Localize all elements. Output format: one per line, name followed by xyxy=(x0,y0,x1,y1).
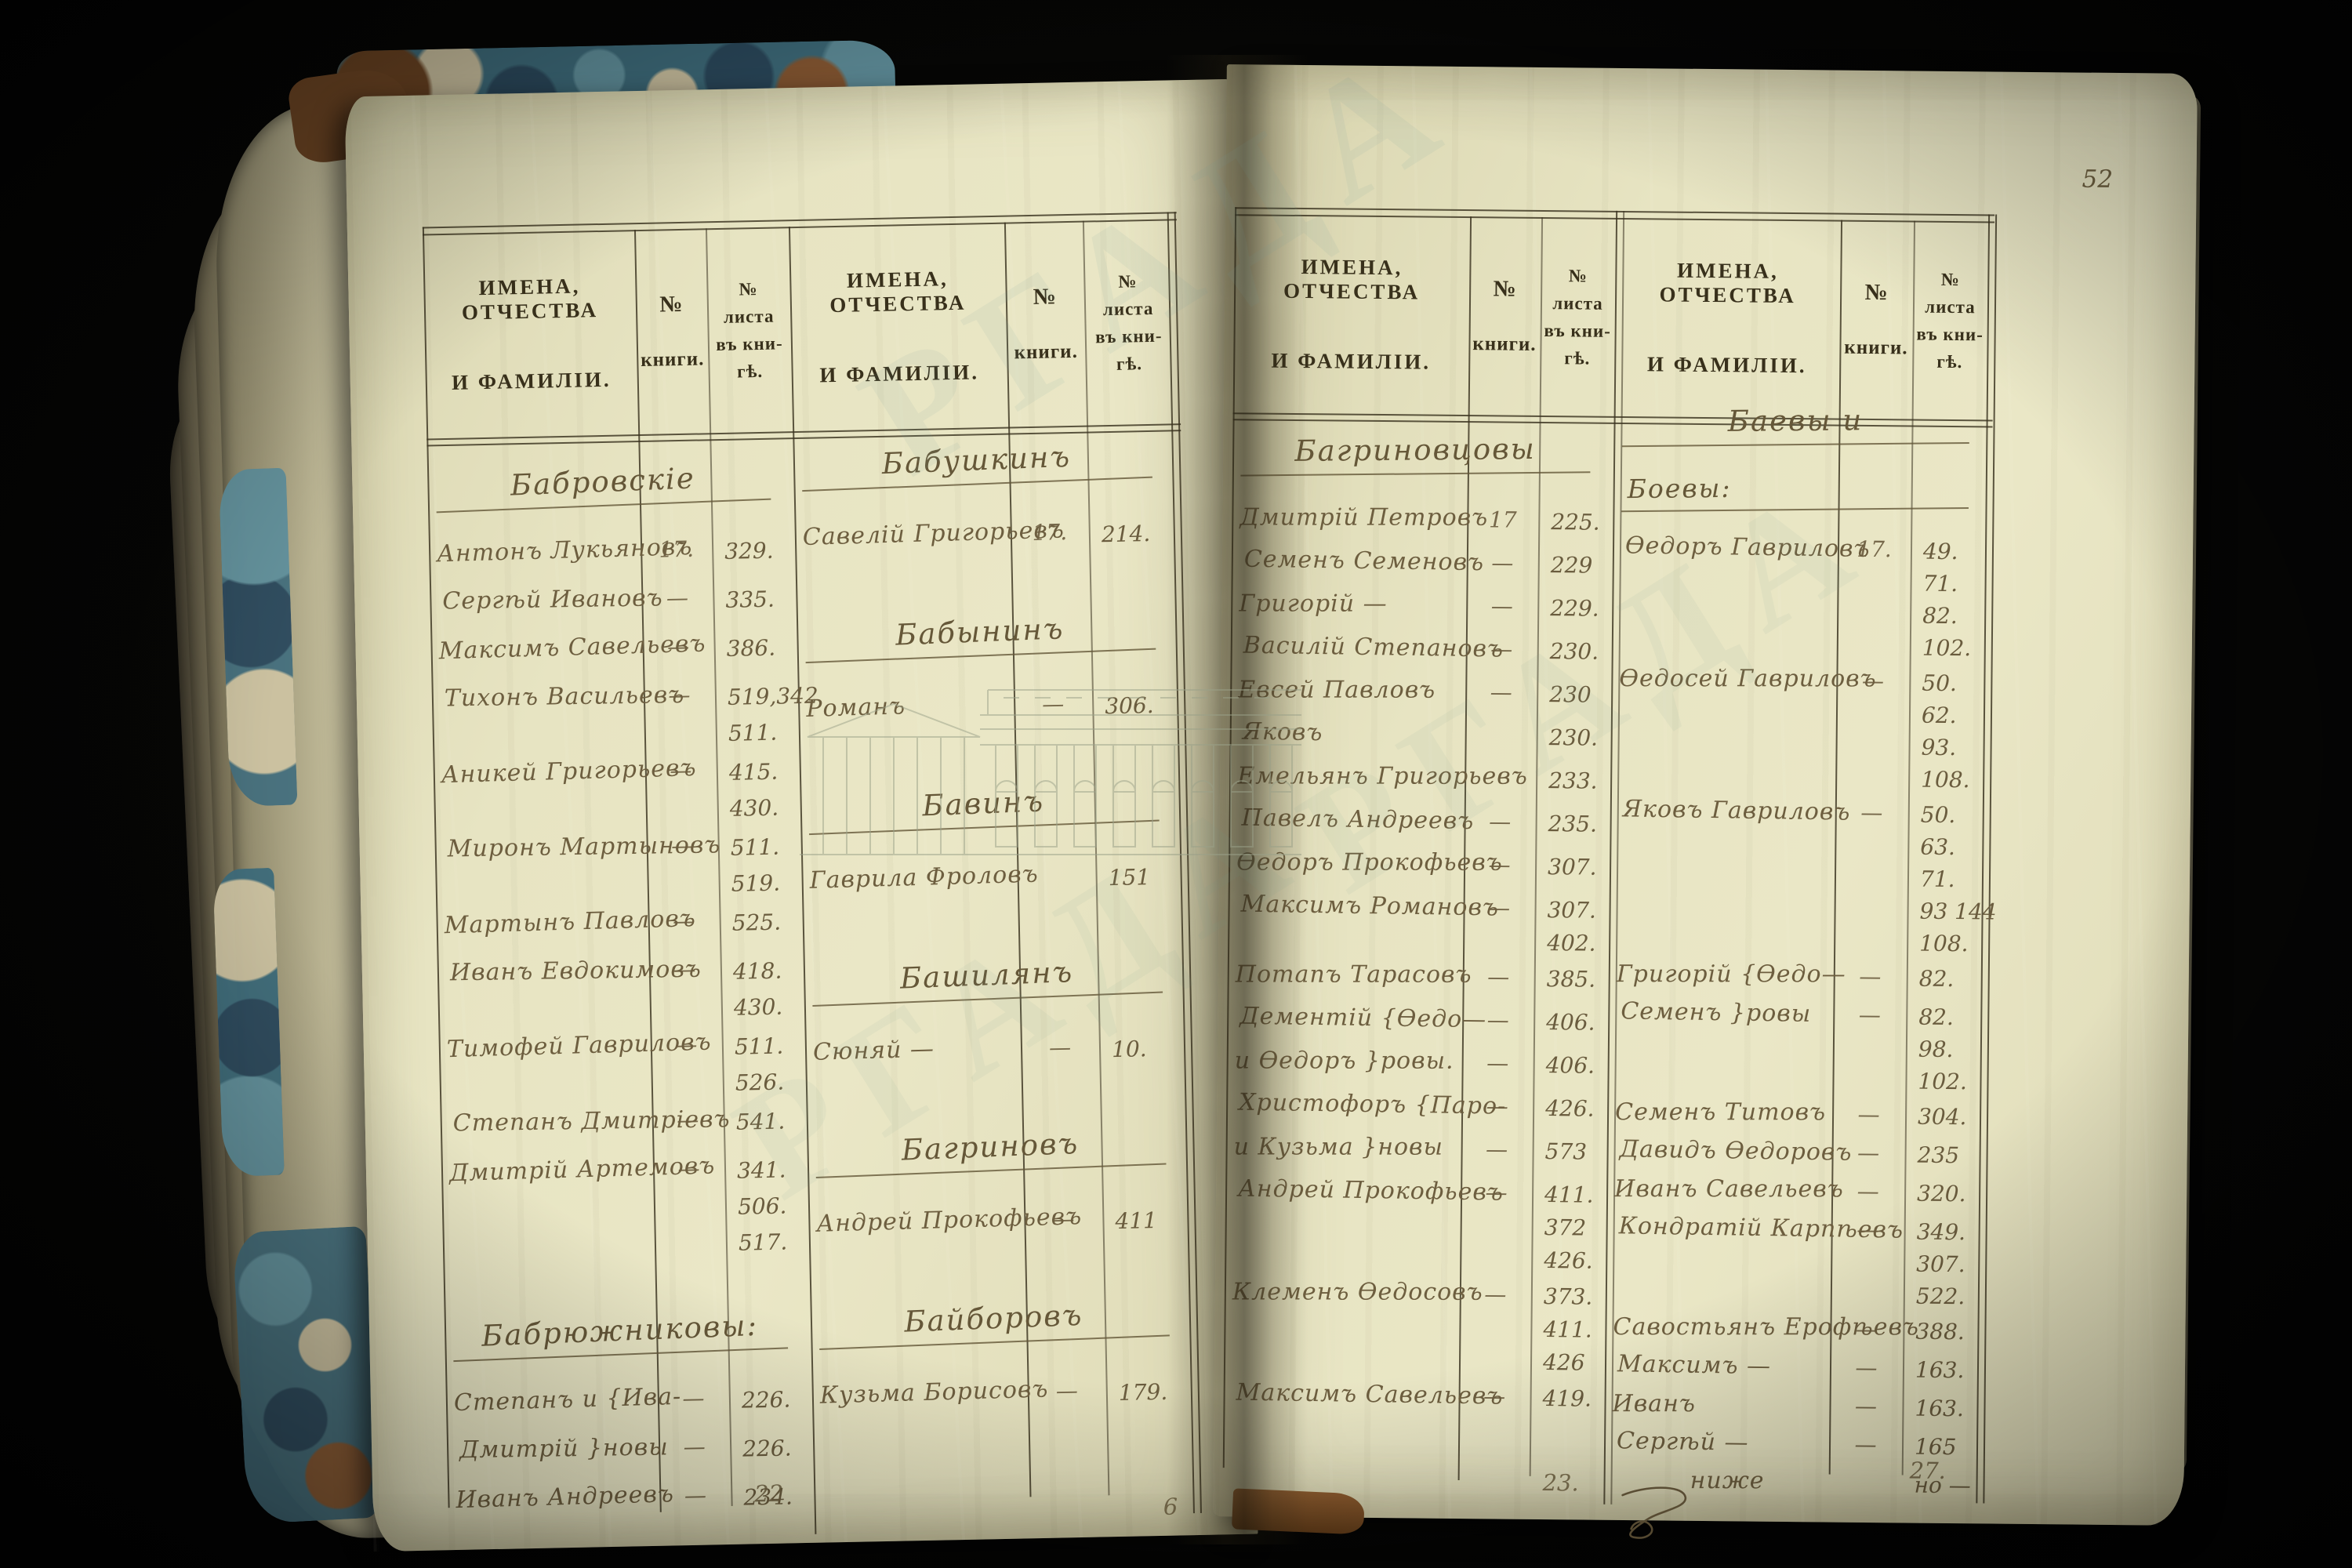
sheet-number: 225. xyxy=(1551,506,1613,539)
sheet-number: 233. xyxy=(1548,764,1610,798)
entry-book-number: — xyxy=(1829,1427,1902,1458)
entry-book-number: — xyxy=(1014,686,1093,718)
header-sheet-no: № листа въ кни- гѣ. xyxy=(1540,217,1616,416)
sheet-number: 519,342 xyxy=(728,678,799,716)
entry-book-number: — xyxy=(1833,997,1906,1029)
sheet-number: 93. xyxy=(1921,731,1989,764)
entry-name: Тихонъ Васильевъ xyxy=(437,679,649,713)
entry-sheet-numbers: 214. xyxy=(1088,512,1177,553)
sheet-number: 329. xyxy=(724,532,796,570)
entry-sheet-numbers: 233. xyxy=(1536,761,1610,798)
header-names-line2: И ФАМИЛІИ. xyxy=(819,360,979,387)
folio-mark: 6 xyxy=(1163,1494,1178,1520)
entry-row: Яковъ230. xyxy=(1229,715,1611,762)
header-names: ИМЕНА, ОТЧЕСТВА И ФАМИЛІИ. xyxy=(1614,218,1841,419)
sheet-number: 226. xyxy=(742,1430,814,1468)
entry-sheet-numbers: 519,342511. xyxy=(714,675,799,752)
section-heading: Башилянъ xyxy=(811,952,1163,1007)
entry-sheet-numbers: 307. xyxy=(1535,848,1610,884)
header-book-no: № книги. xyxy=(1004,221,1087,427)
header-names: ИМЕНА, ОТЧЕСТВА И ФАМИЛІИ. xyxy=(1233,214,1470,415)
sheet-number: 402. xyxy=(1547,927,1609,960)
sheet-number: 235 xyxy=(1917,1139,1985,1172)
surname-section: БагриновъАндрей Прокофьевъ—411 xyxy=(807,1126,1191,1255)
entry-sheet-numbers: 511.526. xyxy=(721,1025,806,1102)
header-sheet-label: листа xyxy=(1925,294,1976,319)
folio-mark: 23. xyxy=(1542,1469,1578,1496)
sheet-number: 93 144 xyxy=(1919,895,1987,928)
entry-book-number: — xyxy=(1465,674,1537,706)
entry-row: Степанъ и {Ива-—226. xyxy=(446,1378,813,1434)
header-names-line1: ИМЕНА, ОТЧЕСТВА xyxy=(789,266,1006,319)
sheet-number: 229. xyxy=(1550,592,1612,626)
entry-name: Клеменъ Ѳедосовъ xyxy=(1225,1275,1460,1305)
entry-sheet-numbers: 226. xyxy=(730,1427,814,1468)
entry-row: Дмитрій Петровъ17225. xyxy=(1232,499,1613,546)
sheet-number: 385. xyxy=(1547,963,1609,996)
sheet-number: 418. xyxy=(733,953,804,990)
header-book-label: книги. xyxy=(1472,333,1536,356)
entry-name: и Кузьма }новы xyxy=(1226,1130,1461,1160)
header-book-no: № книги. xyxy=(1839,220,1914,419)
entry-name: Мартынъ Павловъ xyxy=(436,903,648,940)
entry-name: Иванъ xyxy=(1605,1387,1830,1417)
entry-row: Сюняй ——10. xyxy=(805,1027,1188,1083)
index-column: БагриновцовыДмитрій Петровъ17225.Семенъ … xyxy=(1223,426,1613,1423)
entry-name: Ѳедоръ Прокофьевъ xyxy=(1229,845,1464,876)
sheet-number: 226. xyxy=(742,1381,813,1419)
entry-name: Кузьма Борисовъ xyxy=(811,1373,1028,1410)
entry-row: Дмитрій }новы—226. xyxy=(447,1427,814,1483)
header-book-label: книги. xyxy=(641,348,705,372)
entry-row: Потапъ Тарасовъ—385. xyxy=(1227,956,1609,1004)
header-sheet-label: гѣ. xyxy=(1116,351,1143,376)
index-column: БабровскіеАнтонъ Лукьяновъ17.329.Сергѣй … xyxy=(427,456,815,1531)
entry-row: Максимъ Савельевъ—419. xyxy=(1223,1376,1605,1423)
header-sheet-label: листа xyxy=(724,303,775,328)
entry-row: Григорій ——229. xyxy=(1231,586,1613,633)
entry-row: Павелъ Андреевъ—235. xyxy=(1229,801,1610,848)
entry-name: Максимъ Савельевъ xyxy=(1228,1375,1464,1409)
sheet-number: 63. xyxy=(1920,831,1988,864)
entry-name: Гаврила Фроловъ xyxy=(801,858,1018,895)
entry-name: Дмитрій }новы xyxy=(452,1430,664,1464)
entry-sheet-numbers: 50.63.71.93 144108. xyxy=(1907,795,1989,960)
section-heading: Байборовъ xyxy=(818,1294,1170,1350)
entry-sheet-numbers: 419. xyxy=(1530,1379,1604,1416)
entry-sheet-numbers: 541. xyxy=(723,1100,807,1141)
entry-row: Ѳедоръ Прокофьевъ—307. xyxy=(1229,844,1610,891)
entry-name: Андрей Прокофьевъ xyxy=(808,1201,1025,1238)
entry-row: Семенъ Титовъ—304. xyxy=(1607,1094,1986,1137)
entry-book-number: — xyxy=(1830,1350,1903,1381)
entry-row: Дмитрій Артемовъ—341.506.517. xyxy=(441,1149,810,1267)
entry-name: Максимъ Савельевъ xyxy=(430,629,643,666)
right-page: ИМЕНА, ОТЧЕСТВА И ФАМИЛІИ. № книги. № ли… xyxy=(1213,64,2198,1526)
sheet-number: 341. xyxy=(737,1152,808,1189)
header-names-line2: И ФАМИЛІИ. xyxy=(1647,352,1807,378)
sheet-number: 82. xyxy=(1922,600,1991,633)
entry-sheet-numbers: 229. xyxy=(1537,589,1612,626)
flourish-spiral xyxy=(1618,1484,1693,1539)
entry-sheet-numbers: 163. xyxy=(1902,1388,1983,1425)
surname-section: БайборовъКузьма Борисовъ—179. xyxy=(811,1298,1195,1427)
sheet-number: 102. xyxy=(1922,632,1991,665)
section-heading: Бабрюжниковы: xyxy=(452,1307,788,1362)
sheet-number: 335. xyxy=(725,581,797,619)
section-heading: Багриновцовы xyxy=(1240,431,1590,476)
entry-name: Кондратій Карпѣевъ xyxy=(1610,1209,1836,1243)
index-column: БабушкинъСавелій Григорьевъ17.214.Бабыни… xyxy=(793,434,1194,1427)
marbled-cover-edge xyxy=(212,868,285,1177)
entry-row: Андрей Прокофьевъ—411 xyxy=(808,1199,1191,1255)
entry-sheet-numbers: 50.62.93.108. xyxy=(1908,663,1991,796)
entry-sheet-numbers: 411.372426. xyxy=(1531,1175,1606,1278)
sheet-number: 419. xyxy=(1542,1382,1604,1416)
entry-sheet-numbers: 230. xyxy=(1537,632,1612,669)
entry-sheet-numbers: 335. xyxy=(713,578,797,619)
header-sheet-label: въ кни- xyxy=(1095,323,1163,349)
entry-row: Савелій Григорьевъ17.214. xyxy=(794,512,1177,568)
entry-sheet-numbers: 49.71.82.102. xyxy=(1910,532,1992,665)
header-book-no: № книги. xyxy=(1468,216,1541,416)
entry-book-number: — xyxy=(1829,1388,1902,1420)
sheet-number: 179. xyxy=(1118,1374,1194,1411)
sheet-number: 426 xyxy=(1543,1346,1605,1380)
sheet-number: 411 xyxy=(1115,1202,1191,1240)
entry-name: Максимъ Романовъ xyxy=(1232,887,1468,920)
sheet-number: 82. xyxy=(1919,963,1987,996)
entry-name: Максимъ — xyxy=(1610,1347,1835,1381)
numero-sign: № xyxy=(1493,276,1516,302)
entry-sheet-numbers: 151 xyxy=(1095,855,1184,896)
sheet-number: 102. xyxy=(1918,1065,1986,1098)
entry-name: Иванъ Савельевъ xyxy=(1606,1172,1831,1203)
sheet-number: 163. xyxy=(1915,1392,1983,1425)
entry-sheet-numbers: 307.402. xyxy=(1534,891,1610,960)
sheet-number: 426. xyxy=(1545,1092,1607,1126)
index-column: Баевы иБоевы:Ѳедоръ Гавриловъ17.49.71.82… xyxy=(1603,397,1992,1505)
entry-sheet-numbers: 306. xyxy=(1092,684,1181,724)
header-book-label: книги. xyxy=(1844,337,1907,360)
entry-name: Ѳедоръ Гавриловъ xyxy=(1617,528,1843,562)
entry-name: Дмитрій Артемовъ xyxy=(441,1151,653,1188)
sheet-number: 430. xyxy=(733,989,804,1026)
sheet-number: 230. xyxy=(1548,721,1610,755)
entry-row: Кузьма Борисовъ—179. xyxy=(811,1370,1194,1427)
section-heading: Багриновъ xyxy=(815,1123,1167,1178)
surname-section: БагриновцовыДмитрій Петровъ17225.Семенъ … xyxy=(1223,431,1613,1423)
header-sheet-label: въ кни- xyxy=(716,331,783,357)
entry-sheet-numbers: 10. xyxy=(1099,1027,1188,1068)
numero-sign: № xyxy=(1033,284,1057,310)
entry-name: Григорій — xyxy=(1231,586,1466,617)
sheet-number: 372 xyxy=(1544,1211,1606,1245)
entry-sheet-numbers: 229 xyxy=(1538,546,1613,583)
section-heading: Бабынинъ xyxy=(804,608,1156,664)
header-book-label: книги. xyxy=(1014,341,1078,365)
entry-row: Гаврила Фроловъ151 xyxy=(801,855,1184,912)
sheet-number: 163. xyxy=(1915,1354,1984,1387)
entry-name: Павелъ Андреевъ xyxy=(1233,800,1469,834)
entry-row: Давидъ Ѳедоровъ—235 xyxy=(1606,1133,1985,1175)
entry-sheet-numbers: 415.430. xyxy=(716,750,800,827)
entry-name: Дмитрій Петровъ xyxy=(1232,500,1467,531)
sheet-number: 50. xyxy=(1921,799,1989,832)
sheet-number: 430. xyxy=(729,789,800,827)
entry-row: и Кузьма }новы—573 xyxy=(1225,1129,1607,1176)
sheet-number: 426. xyxy=(1544,1244,1606,1278)
sheet-number: 386. xyxy=(726,630,797,667)
header-names: ИМЕНА, ОТЧЕСТВА И ФАМИЛІИ. xyxy=(423,230,638,438)
entry-sheet-numbers: 163. xyxy=(1903,1350,1984,1386)
entry-book-number: — xyxy=(1462,1045,1534,1076)
left-page: ИМЕНА, ОТЧЕСТВА И ФАМИЛІИ. № книги. № ли… xyxy=(344,79,1258,1552)
header-names-line2: И ФАМИЛІИ. xyxy=(1271,349,1431,375)
header-sheet-label: гѣ. xyxy=(737,358,764,383)
entry-sheet-numbers: 418.430. xyxy=(720,949,804,1026)
entry-book-number xyxy=(1465,717,1537,723)
sheet-number: 230 xyxy=(1549,678,1611,712)
entry-name: Яковъ xyxy=(1234,714,1470,748)
header-names: ИМЕНА, ОТЧЕСТВА И ФАМИЛІИ. xyxy=(789,223,1008,431)
entry-sheet-numbers: 573 xyxy=(1532,1132,1606,1169)
entry-row: Савостьянъ Ерофѣевъ—388. xyxy=(1605,1309,1984,1352)
entry-row: Евсей Павловъ—230 xyxy=(1230,672,1612,719)
header-names-line2: И ФАМИЛІИ. xyxy=(452,368,612,395)
sheet-number: 229 xyxy=(1551,549,1613,583)
sheet-number: 151 xyxy=(1108,858,1184,896)
entry-row: Иванъ Савельевъ—320. xyxy=(1606,1171,1985,1214)
entry-row: Романъ—306. xyxy=(798,684,1181,740)
header-names-line1: ИМЕНА, ОТЧЕСТВА xyxy=(1234,254,1470,305)
entry-name: Иванъ Евдокимовъ xyxy=(442,953,655,987)
sheet-number: 525. xyxy=(731,904,803,942)
entry-sheet-numbers: 304. xyxy=(1905,1097,1986,1133)
sheet-number: 98. xyxy=(1918,1033,1987,1066)
entry-sheet-numbers: 235. xyxy=(1535,804,1610,841)
sheet-number: 71. xyxy=(1922,568,1991,601)
entry-row: Андрей Прокофьевъ—411.372426. xyxy=(1225,1172,1606,1278)
entry-name: Миронъ Мартыновъ xyxy=(439,829,652,863)
sheet-number: 511. xyxy=(730,829,801,866)
entry-row: и Ѳедоръ }ровы.—406. xyxy=(1226,1043,1608,1090)
section-heading: Бабровскіе xyxy=(435,459,771,514)
entry-row: Василій Степановъ—230. xyxy=(1230,629,1612,676)
entry-name: Савостьянъ Ерофѣевъ xyxy=(1605,1310,1830,1341)
surname-section: БабынинъРоманъ—306. xyxy=(797,611,1181,740)
entry-name: Сергѣй — xyxy=(1609,1424,1835,1457)
page-number: 52 xyxy=(2082,165,2113,194)
entry-name: Семенъ Титовъ xyxy=(1607,1095,1832,1126)
entry-row: Григорій {Ѳедо——82. xyxy=(1609,956,1987,999)
sheet-number: 82. xyxy=(1918,1001,1987,1034)
entry-sheet-numbers: 82. xyxy=(1907,959,1987,995)
header-names-line1: ИМЕНА, ОТЧЕСТВА xyxy=(1615,258,1841,309)
header-sheet-label: гѣ. xyxy=(1564,346,1590,370)
sheet-number: 307. xyxy=(1916,1248,1984,1281)
entry-name: Степанъ Дмитріевъ xyxy=(445,1104,657,1138)
sheet-number: 50. xyxy=(1922,667,1990,700)
folio-mark: 27. xyxy=(1910,1457,1946,1484)
entry-name: и Ѳедоръ }ровы. xyxy=(1227,1044,1462,1074)
entry-row: Семенъ }ровы—82.98.102. xyxy=(1607,995,1987,1098)
header-sheet-no: № листа въ кни- гѣ. xyxy=(1912,221,1988,420)
entry-sheet-numbers: 406. xyxy=(1534,1003,1608,1040)
sheet-number: 522. xyxy=(1916,1280,1984,1313)
sheet-number: 10. xyxy=(1112,1030,1188,1068)
entry-row: Максимъ ——163. xyxy=(1605,1348,1984,1390)
sheet-number: 511. xyxy=(728,714,799,752)
entry-row: Клеменъ Ѳедосовъ—373.411.426 xyxy=(1224,1274,1606,1380)
entry-sheet-numbers: 386. xyxy=(713,626,797,667)
numero-sign: № xyxy=(1941,267,1960,291)
entry-sheet-numbers: 511.519. xyxy=(717,826,802,902)
entry-row: Максимъ Романовъ—307.402. xyxy=(1228,887,1610,960)
entry-name: Василій Степановъ xyxy=(1236,628,1472,662)
sheet-number: 415. xyxy=(728,753,800,791)
header-sheet-label: въ кни- xyxy=(1544,318,1611,343)
marbled-cover-edge xyxy=(232,1226,380,1524)
entry-name: Дементій {Ѳедо— xyxy=(1232,999,1468,1033)
sheet-number: 306. xyxy=(1105,687,1181,724)
sheet-number: 411. xyxy=(1543,1313,1605,1347)
entry-row: Максимъ Савельевъ—386. xyxy=(430,626,797,682)
entry-sheet-numbers: 230. xyxy=(1536,718,1610,755)
sheet-number: 235. xyxy=(1548,808,1610,841)
entry-name: Потапъ Тарасовъ xyxy=(1228,957,1463,988)
header-sheet-label: въ кни- xyxy=(1916,321,1984,347)
entry-name: Христофоръ {Паро- xyxy=(1231,1085,1467,1119)
sheet-number: 349. xyxy=(1916,1216,1984,1249)
entry-book-number: — xyxy=(1021,1029,1100,1061)
photograph-of-archival-index-book: ИМЕНА, ОТЧЕСТВА И ФАМИЛІИ. № книги. № ли… xyxy=(0,0,2352,1568)
numero-sign: № xyxy=(1569,263,1588,288)
entry-row: Тихонъ Васильевъ—519,342511. xyxy=(432,675,800,757)
entry-book-number: — xyxy=(659,1428,731,1461)
entry-name: Иванъ Андреевъ xyxy=(448,1478,660,1515)
entry-sheet-numbers: 406. xyxy=(1533,1046,1607,1083)
sheet-number: 388. xyxy=(1915,1316,1984,1348)
header-book-no: № книги. xyxy=(634,228,710,434)
sheet-number: 49. xyxy=(1923,535,1991,568)
sheet-number: 526. xyxy=(735,1064,806,1102)
entry-row: Ѳедоръ Гавриловъ17.49.71.82.102. xyxy=(1612,529,1992,665)
entry-row: Емельянъ Григорьевъ233. xyxy=(1229,758,1611,805)
entry-sheet-numbers: 230 xyxy=(1537,675,1611,712)
numero-sign: № xyxy=(1864,280,1888,306)
entry-name: Тимофей Гавриловъ xyxy=(438,1027,651,1064)
entry-sheet-numbers: 426. xyxy=(1533,1089,1607,1126)
sheet-number: 373. xyxy=(1544,1280,1606,1314)
entry-row: Кондратій Карпѣевъ—349.307.522. xyxy=(1606,1210,1985,1313)
entry-row: Сергѣй Ивановъ—335. xyxy=(430,578,797,633)
entry-sheet-numbers: 226. xyxy=(728,1378,812,1419)
sheet-number: 511. xyxy=(734,1028,805,1065)
entry-row: Ѳедосей Гавриловъ—50.62.93.108. xyxy=(1610,661,1991,797)
entry-name: Семенъ }ровы xyxy=(1613,994,1838,1028)
sheet-number: 406. xyxy=(1545,1049,1607,1083)
entry-sheet-numbers: 385. xyxy=(1534,960,1609,996)
entry-row: Миронъ Мартыновъ—511.519. xyxy=(434,826,802,908)
entry-name: Ѳедосей Гавриловъ xyxy=(1611,662,1836,692)
surname-section: БашилянъСюняй ——10. xyxy=(804,954,1188,1083)
folio-mark: 22 xyxy=(754,1480,784,1508)
sheet-number: 108. xyxy=(1919,927,1987,960)
entry-book-number: — xyxy=(1832,1097,1905,1128)
entry-name: Евсей Павловъ xyxy=(1230,673,1465,703)
header-sheet-label: листа xyxy=(1103,296,1154,321)
entry-name: Давидъ Ѳедоровъ xyxy=(1611,1132,1837,1166)
numero-sign: № xyxy=(659,292,684,318)
entry-row: Христофоръ {Паро-—426. xyxy=(1226,1086,1608,1133)
entry-sheet-numbers: 225. xyxy=(1538,503,1613,539)
sheet-number: 411. xyxy=(1544,1178,1606,1212)
entry-book-number: — xyxy=(1461,1131,1532,1163)
entry-row: Степанъ Дмитріевъ—541. xyxy=(440,1100,807,1156)
entry-sheet-numbers: 411 xyxy=(1102,1199,1191,1240)
entry-book-number xyxy=(1829,1465,1902,1471)
sheet-number: 320. xyxy=(1917,1178,1985,1210)
entry-row: Дементій {Ѳедо——406. xyxy=(1227,1000,1609,1047)
header-sheet-no: № листа въ кни- гѣ. xyxy=(706,227,793,433)
sheet-number: 307. xyxy=(1547,894,1609,927)
section-heading: Бавинъ xyxy=(808,780,1160,836)
entry-row: Семенъ Семеновъ—229 xyxy=(1232,543,1613,590)
leather-spine-sliver xyxy=(1232,1488,1365,1534)
entry-sheet-numbers: 82.98.102. xyxy=(1905,997,1987,1098)
numero-sign: № xyxy=(739,276,758,300)
entry-row: Иванъ Евдокимовъ—418.430. xyxy=(437,949,805,1032)
section-subheading: Боевы: xyxy=(1621,470,1968,512)
entry-name: Григорій {Ѳедо— xyxy=(1609,957,1834,988)
sheet-number: 62. xyxy=(1922,699,1990,732)
entry-sheet-numbers: 320. xyxy=(1904,1174,1985,1210)
sheet-number: 71. xyxy=(1920,863,1988,896)
surname-section: Баевы иБоевы:Ѳедоръ Гавриловъ17.49.71.82… xyxy=(1603,402,1992,1505)
marbled-cover-edge xyxy=(219,468,298,808)
entry-row: Антонъ Лукьяновъ17.329. xyxy=(429,529,796,585)
entry-name: ниже xyxy=(1604,1464,1829,1494)
header-sheet-no: № листа въ кни- гѣ. xyxy=(1083,219,1174,425)
section-heading: Бабушкинъ xyxy=(800,437,1152,492)
sheet-number: 230. xyxy=(1550,635,1612,669)
entry-row: Мартынъ Павловъ—525. xyxy=(436,901,803,956)
entry-name: Аникей Григорьевъ xyxy=(433,753,645,789)
sheet-number: 541. xyxy=(735,1103,807,1141)
entry-sheet-numbers: 349.307.522. xyxy=(1904,1212,1985,1312)
entry-row: Иванъ—163. xyxy=(1604,1386,1983,1428)
entry-book-number: — xyxy=(1463,959,1534,990)
entry-book-number: — xyxy=(1465,804,1536,835)
entry-sheet-numbers: 179. xyxy=(1105,1370,1194,1411)
entry-row: Аникей Григорьевъ—415.430. xyxy=(433,750,800,833)
entry-name: Яковъ Гавриловъ xyxy=(1615,792,1841,826)
entry-row: Яковъ Гавриловъ—50.63.71.93 144108. xyxy=(1609,793,1989,960)
sheet-number: 304. xyxy=(1918,1101,1986,1134)
entry-name: Емельянъ Григорьевъ xyxy=(1229,759,1465,789)
entry-book-number: — xyxy=(1466,588,1537,619)
entry-name: Андрей Прокофьевъ xyxy=(1230,1171,1466,1205)
entry-name: Степанъ и {Ива- xyxy=(445,1381,658,1417)
sheet-number: 519. xyxy=(731,865,802,902)
entry-name: Романъ xyxy=(798,686,1014,723)
surname-section: БавинъГаврила Фроловъ151 xyxy=(800,782,1184,912)
sheet-number: 573 xyxy=(1544,1135,1606,1169)
entry-sheet-numbers: 373.411.426 xyxy=(1530,1277,1606,1380)
entry-sheet-numbers: 329. xyxy=(712,529,796,570)
entry-sheet-numbers: 341.506.517. xyxy=(724,1149,810,1261)
